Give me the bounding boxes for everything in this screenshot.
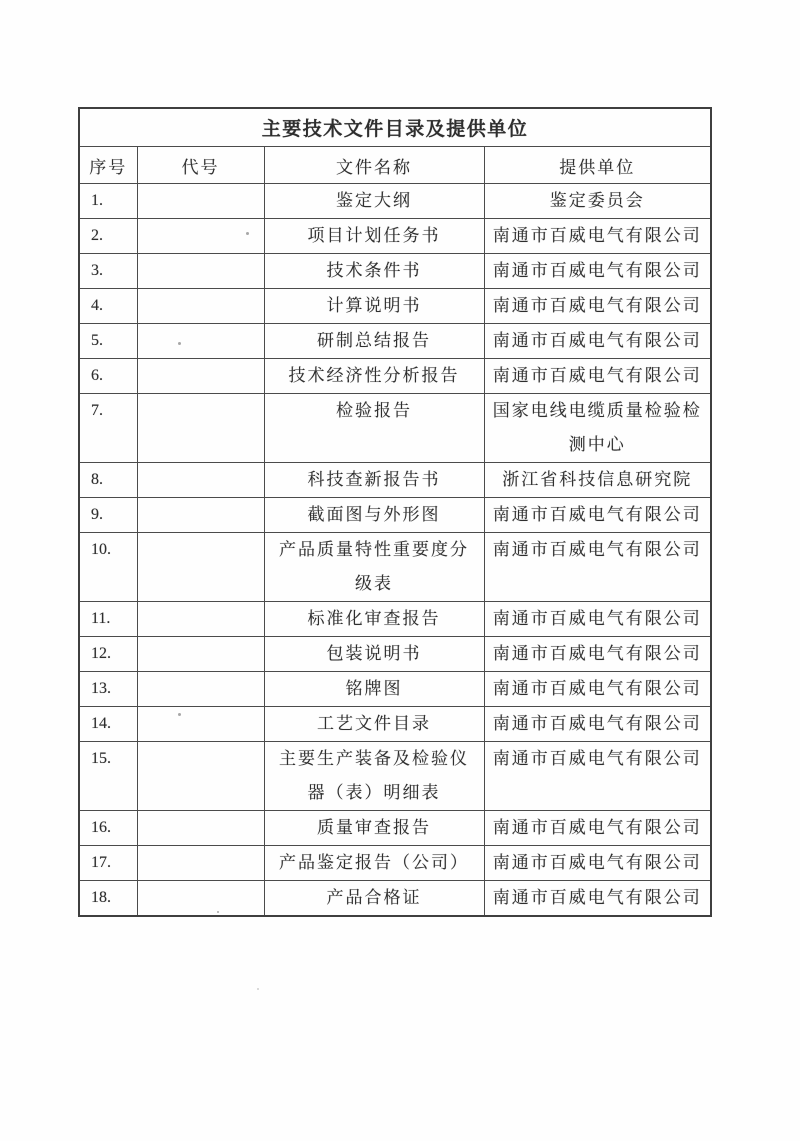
row-code-cell [137, 359, 264, 394]
row-document-name-cell: 技术条件书 [264, 254, 484, 289]
scan-speck [178, 342, 181, 345]
row-number-cell: 7. [79, 394, 137, 463]
row-number-cell: 3. [79, 254, 137, 289]
row-document-name-cell: 质量审查报告 [264, 811, 484, 846]
table-row: 2. 项目计划任务书 南通市百威电气有限公司 [79, 219, 711, 254]
scan-speck [178, 713, 181, 716]
row-number-cell: 12. [79, 637, 137, 672]
row-document-name-cell: 技术经济性分析报告 [264, 359, 484, 394]
row-number-cell: 13. [79, 672, 137, 707]
row-provider-cell: 南通市百威电气有限公司 [484, 637, 711, 672]
scanned-page: 主要技术文件目录及提供单位 序号 代号 文件名称 提供单位 1. 鉴定大纲 鉴定… [0, 0, 800, 1141]
row-code-cell [137, 289, 264, 324]
row-code-cell [137, 672, 264, 707]
row-provider-cell: 南通市百威电气有限公司 [484, 672, 711, 707]
table-title-row: 主要技术文件目录及提供单位 [79, 108, 711, 147]
scan-speck [246, 232, 249, 235]
row-code-cell [137, 533, 264, 602]
row-provider-cell: 南通市百威电气有限公司 [484, 742, 711, 811]
table-row: 4. 计算说明书 南通市百威电气有限公司 [79, 289, 711, 324]
row-number-cell: 9. [79, 498, 137, 533]
table-row: 15. 主要生产装备及检验仪 器（表）明细表 南通市百威电气有限公司 [79, 742, 711, 811]
row-number-cell: 14. [79, 707, 137, 742]
table-row: 17. 产品鉴定报告（公司） 南通市百威电气有限公司 [79, 846, 711, 881]
row-number-cell: 6. [79, 359, 137, 394]
row-code-cell [137, 498, 264, 533]
row-provider-cell: 南通市百威电气有限公司 [484, 846, 711, 881]
row-code-cell [137, 602, 264, 637]
row-code-cell [137, 881, 264, 917]
row-document-name-cell: 主要生产装备及检验仪 器（表）明细表 [264, 742, 484, 811]
row-document-name-cell: 科技查新报告书 [264, 463, 484, 498]
scan-speck [217, 911, 219, 913]
row-code-cell [137, 707, 264, 742]
column-header-doc-name: 文件名称 [264, 147, 484, 184]
row-document-name-cell: 包装说明书 [264, 637, 484, 672]
table-row: 7. 检验报告 国家电线电缆质量检验检 测中心 [79, 394, 711, 463]
row-provider-cell: 南通市百威电气有限公司 [484, 219, 711, 254]
row-provider-cell: 南通市百威电气有限公司 [484, 602, 711, 637]
row-number-cell: 15. [79, 742, 137, 811]
table-row: 11. 标准化审查报告 南通市百威电气有限公司 [79, 602, 711, 637]
row-provider-cell: 浙江省科技信息研究院 [484, 463, 711, 498]
table-row: 13. 铭牌图 南通市百威电气有限公司 [79, 672, 711, 707]
row-provider-cell: 南通市百威电气有限公司 [484, 324, 711, 359]
row-code-cell [137, 324, 264, 359]
scan-speck [257, 988, 259, 990]
row-provider-cell: 南通市百威电气有限公司 [484, 707, 711, 742]
table-row: 12. 包装说明书 南通市百威电气有限公司 [79, 637, 711, 672]
row-document-name-cell: 研制总结报告 [264, 324, 484, 359]
row-document-name-cell: 标准化审查报告 [264, 602, 484, 637]
row-document-name-cell: 产品质量特性重要度分 级表 [264, 533, 484, 602]
table-row: 10. 产品质量特性重要度分 级表 南通市百威电气有限公司 [79, 533, 711, 602]
row-provider-cell: 南通市百威电气有限公司 [484, 533, 711, 602]
row-provider-cell: 鉴定委员会 [484, 184, 711, 219]
row-code-cell [137, 394, 264, 463]
row-number-cell: 4. [79, 289, 137, 324]
row-document-name-cell: 计算说明书 [264, 289, 484, 324]
table-title: 主要技术文件目录及提供单位 [79, 108, 711, 147]
row-document-name-cell: 工艺文件目录 [264, 707, 484, 742]
row-number-cell: 1. [79, 184, 137, 219]
row-document-name-cell: 检验报告 [264, 394, 484, 463]
column-header-seq: 序号 [79, 147, 137, 184]
row-document-name-cell: 鉴定大纲 [264, 184, 484, 219]
row-provider-cell: 国家电线电缆质量检验检 测中心 [484, 394, 711, 463]
row-number-cell: 11. [79, 602, 137, 637]
table-row: 18. 产品合格证 南通市百威电气有限公司 [79, 881, 711, 917]
row-provider-cell: 南通市百威电气有限公司 [484, 881, 711, 917]
row-document-name-cell: 产品鉴定报告（公司） [264, 846, 484, 881]
technical-documents-table: 主要技术文件目录及提供单位 序号 代号 文件名称 提供单位 1. 鉴定大纲 鉴定… [78, 107, 712, 917]
row-document-name-cell: 铭牌图 [264, 672, 484, 707]
row-number-cell: 17. [79, 846, 137, 881]
table-header-row: 序号 代号 文件名称 提供单位 [79, 147, 711, 184]
table-body: 1. 鉴定大纲 鉴定委员会 2. 项目计划任务书 南通市百威电气有限公司 3. … [79, 184, 711, 917]
row-code-cell [137, 219, 264, 254]
row-number-cell: 8. [79, 463, 137, 498]
table-row: 5. 研制总结报告 南通市百威电气有限公司 [79, 324, 711, 359]
row-provider-cell: 南通市百威电气有限公司 [484, 254, 711, 289]
row-number-cell: 10. [79, 533, 137, 602]
table-row: 8. 科技查新报告书 浙江省科技信息研究院 [79, 463, 711, 498]
table-row: 14. 工艺文件目录 南通市百威电气有限公司 [79, 707, 711, 742]
table-row: 9. 截面图与外形图 南通市百威电气有限公司 [79, 498, 711, 533]
table-row: 6. 技术经济性分析报告 南通市百威电气有限公司 [79, 359, 711, 394]
row-code-cell [137, 811, 264, 846]
column-header-provider: 提供单位 [484, 147, 711, 184]
row-provider-cell: 南通市百威电气有限公司 [484, 811, 711, 846]
table-row: 3. 技术条件书 南通市百威电气有限公司 [79, 254, 711, 289]
row-number-cell: 16. [79, 811, 137, 846]
row-code-cell [137, 846, 264, 881]
column-header-code: 代号 [137, 147, 264, 184]
row-document-name-cell: 项目计划任务书 [264, 219, 484, 254]
row-provider-cell: 南通市百威电气有限公司 [484, 289, 711, 324]
table-row: 16. 质量审查报告 南通市百威电气有限公司 [79, 811, 711, 846]
row-code-cell [137, 463, 264, 498]
table-row: 1. 鉴定大纲 鉴定委员会 [79, 184, 711, 219]
row-code-cell [137, 184, 264, 219]
row-provider-cell: 南通市百威电气有限公司 [484, 498, 711, 533]
row-document-name-cell: 截面图与外形图 [264, 498, 484, 533]
row-code-cell [137, 742, 264, 811]
row-code-cell [137, 254, 264, 289]
row-code-cell [137, 637, 264, 672]
row-number-cell: 5. [79, 324, 137, 359]
row-number-cell: 18. [79, 881, 137, 917]
row-document-name-cell: 产品合格证 [264, 881, 484, 917]
row-number-cell: 2. [79, 219, 137, 254]
row-provider-cell: 南通市百威电气有限公司 [484, 359, 711, 394]
